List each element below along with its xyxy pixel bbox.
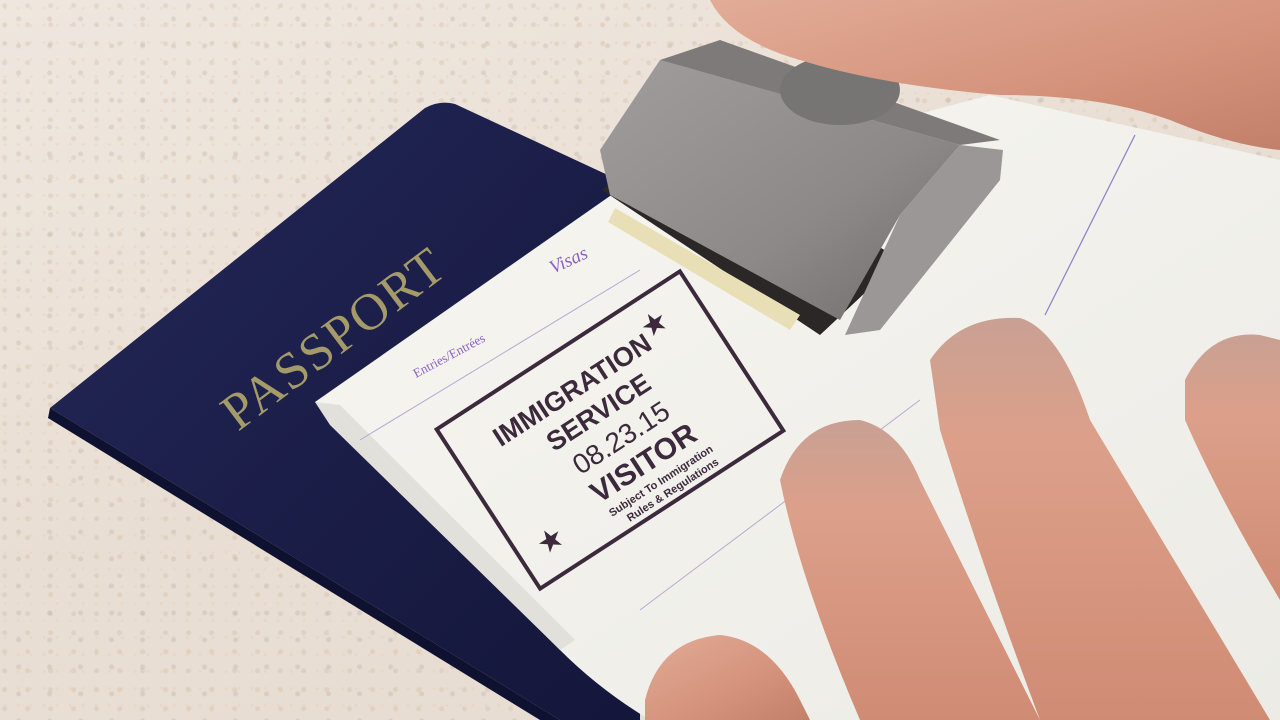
scene-illustration: ★ ★ IMMIGRATION SERVICE 08.23.15 VISITOR…	[0, 0, 1280, 720]
photo-scene: ★ ★ IMMIGRATION SERVICE 08.23.15 VISITOR…	[0, 0, 1280, 720]
